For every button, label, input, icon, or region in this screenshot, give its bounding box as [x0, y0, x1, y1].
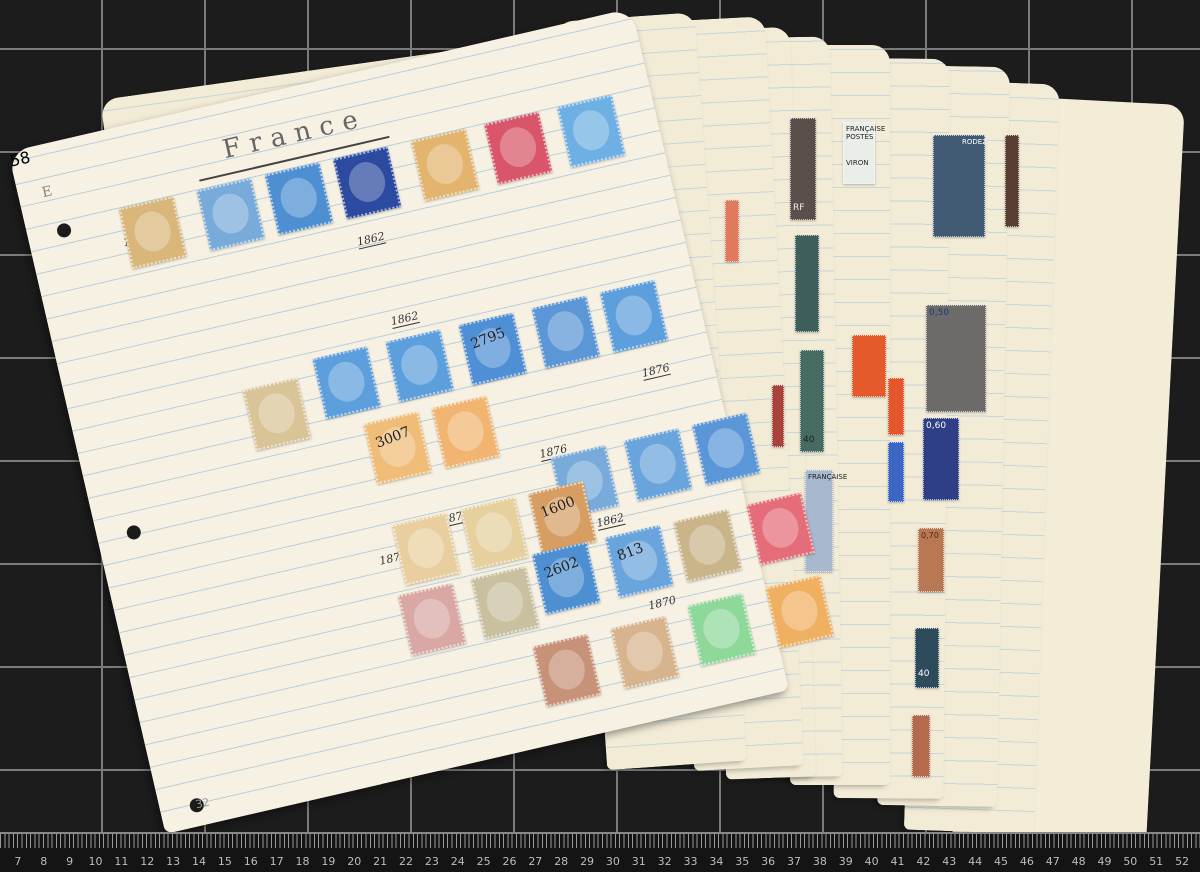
ruler-number: 11 — [114, 855, 128, 868]
ruler-number: 16 — [244, 855, 258, 868]
stamp — [532, 296, 601, 369]
stamp — [772, 385, 784, 447]
ruler-number: 47 — [1046, 855, 1060, 868]
ruler-number: 40 — [865, 855, 879, 868]
stamp — [888, 378, 904, 435]
ruler-number: 34 — [709, 855, 723, 868]
stamp — [385, 329, 454, 402]
stamp — [673, 509, 742, 582]
stamp — [888, 442, 904, 502]
ruler-number: 24 — [451, 855, 465, 868]
ruler-number: 21 — [373, 855, 387, 868]
stamp — [725, 200, 739, 262]
ruler-number: 18 — [296, 855, 310, 868]
ruler-number: 25 — [477, 855, 491, 868]
ruler-number: 15 — [218, 855, 232, 868]
stamp: 813 — [605, 525, 674, 598]
stamp — [243, 378, 312, 451]
ruler-number: 51 — [1149, 855, 1163, 868]
stamp — [557, 95, 626, 168]
ruler-number: 29 — [580, 855, 594, 868]
ruler-number: 50 — [1123, 855, 1137, 868]
ruler-number: 28 — [554, 855, 568, 868]
stamp — [795, 235, 819, 332]
ruler-number: 37 — [787, 855, 801, 868]
ruler-number: 35 — [735, 855, 749, 868]
year-label: 1862 — [595, 511, 625, 531]
ruler-number: 26 — [502, 855, 516, 868]
ruler-number: 52 — [1175, 855, 1189, 868]
stamp: 3007 — [363, 411, 432, 484]
ruler-number: 20 — [347, 855, 361, 868]
ruler-number: 17 — [270, 855, 284, 868]
stamp — [624, 428, 693, 501]
stamp: 40 — [800, 350, 824, 452]
ruler-number: 45 — [994, 855, 1008, 868]
year-label: 1870 — [647, 593, 677, 612]
stamp — [600, 280, 669, 353]
stamp: 0,60 — [923, 418, 959, 500]
stamp — [265, 162, 334, 235]
stamp — [912, 715, 930, 777]
ruler-number: 31 — [632, 855, 646, 868]
ruler-number: 7 — [14, 855, 21, 868]
stamp — [398, 583, 467, 656]
stamp: 0,70 — [918, 528, 944, 592]
stamp — [432, 396, 501, 469]
ruler-number: 14 — [192, 855, 206, 868]
bottom-note: 32 — [194, 796, 211, 812]
year-label: 1876 — [641, 361, 671, 381]
stamp — [119, 196, 188, 269]
stamp: FRANÇAISE POSTESVIRON — [843, 122, 875, 184]
ruler-number: 49 — [1097, 855, 1111, 868]
ruler-number: 39 — [839, 855, 853, 868]
ruler-number: 48 — [1072, 855, 1086, 868]
stamp: 2602 — [532, 542, 601, 615]
ruler-number: 32 — [658, 855, 672, 868]
ruler-number: 41 — [891, 855, 905, 868]
stamp — [484, 112, 553, 185]
binder-hole — [125, 524, 142, 541]
ruler-ticks — [0, 834, 1200, 848]
ruler-number: 38 — [813, 855, 827, 868]
stamp — [611, 616, 680, 689]
stamp: 40 — [915, 628, 939, 688]
measuring-ruler: 7891011121314151617181920212223242526272… — [0, 832, 1200, 872]
stamp — [333, 146, 402, 219]
ruler-number: 42 — [916, 855, 930, 868]
ruler-number: 36 — [761, 855, 775, 868]
stamp — [411, 128, 480, 201]
stamp: FRANÇAISE — [805, 470, 833, 572]
ruler-number: 13 — [166, 855, 180, 868]
ruler-number: 8 — [40, 855, 47, 868]
stamp — [471, 566, 540, 639]
page-number: 58 — [8, 147, 32, 170]
year-label: 1862 — [390, 309, 420, 329]
stamp — [312, 346, 381, 419]
stamp — [533, 634, 602, 707]
stamp — [687, 593, 756, 666]
stamp: 2795 — [458, 313, 527, 386]
ruler-number: 22 — [399, 855, 413, 868]
ruler-number: 12 — [140, 855, 154, 868]
year-label: 1862 — [356, 230, 386, 250]
ruler-number: 43 — [942, 855, 956, 868]
ruler-number: 46 — [1020, 855, 1034, 868]
ruler-number: 30 — [606, 855, 620, 868]
stamp: RF — [790, 118, 816, 220]
margin-note: E — [40, 183, 54, 201]
binder-hole — [56, 222, 73, 239]
stamp — [460, 497, 529, 570]
stamp — [1005, 135, 1019, 227]
ruler-number: 19 — [321, 855, 335, 868]
stamp — [197, 178, 266, 251]
ruler-number: 33 — [684, 855, 698, 868]
ruler-number: 23 — [425, 855, 439, 868]
ruler-number: 9 — [66, 855, 73, 868]
stamp: RODEZ — [933, 135, 985, 237]
ruler-numbers: 7891011121314151617181920212223242526272… — [0, 855, 1200, 869]
ruler-number: 27 — [528, 855, 542, 868]
ruler-number: 44 — [968, 855, 982, 868]
stamp — [852, 335, 886, 397]
ruler-number: 10 — [89, 855, 103, 868]
stamp: 0,50 — [926, 305, 986, 412]
